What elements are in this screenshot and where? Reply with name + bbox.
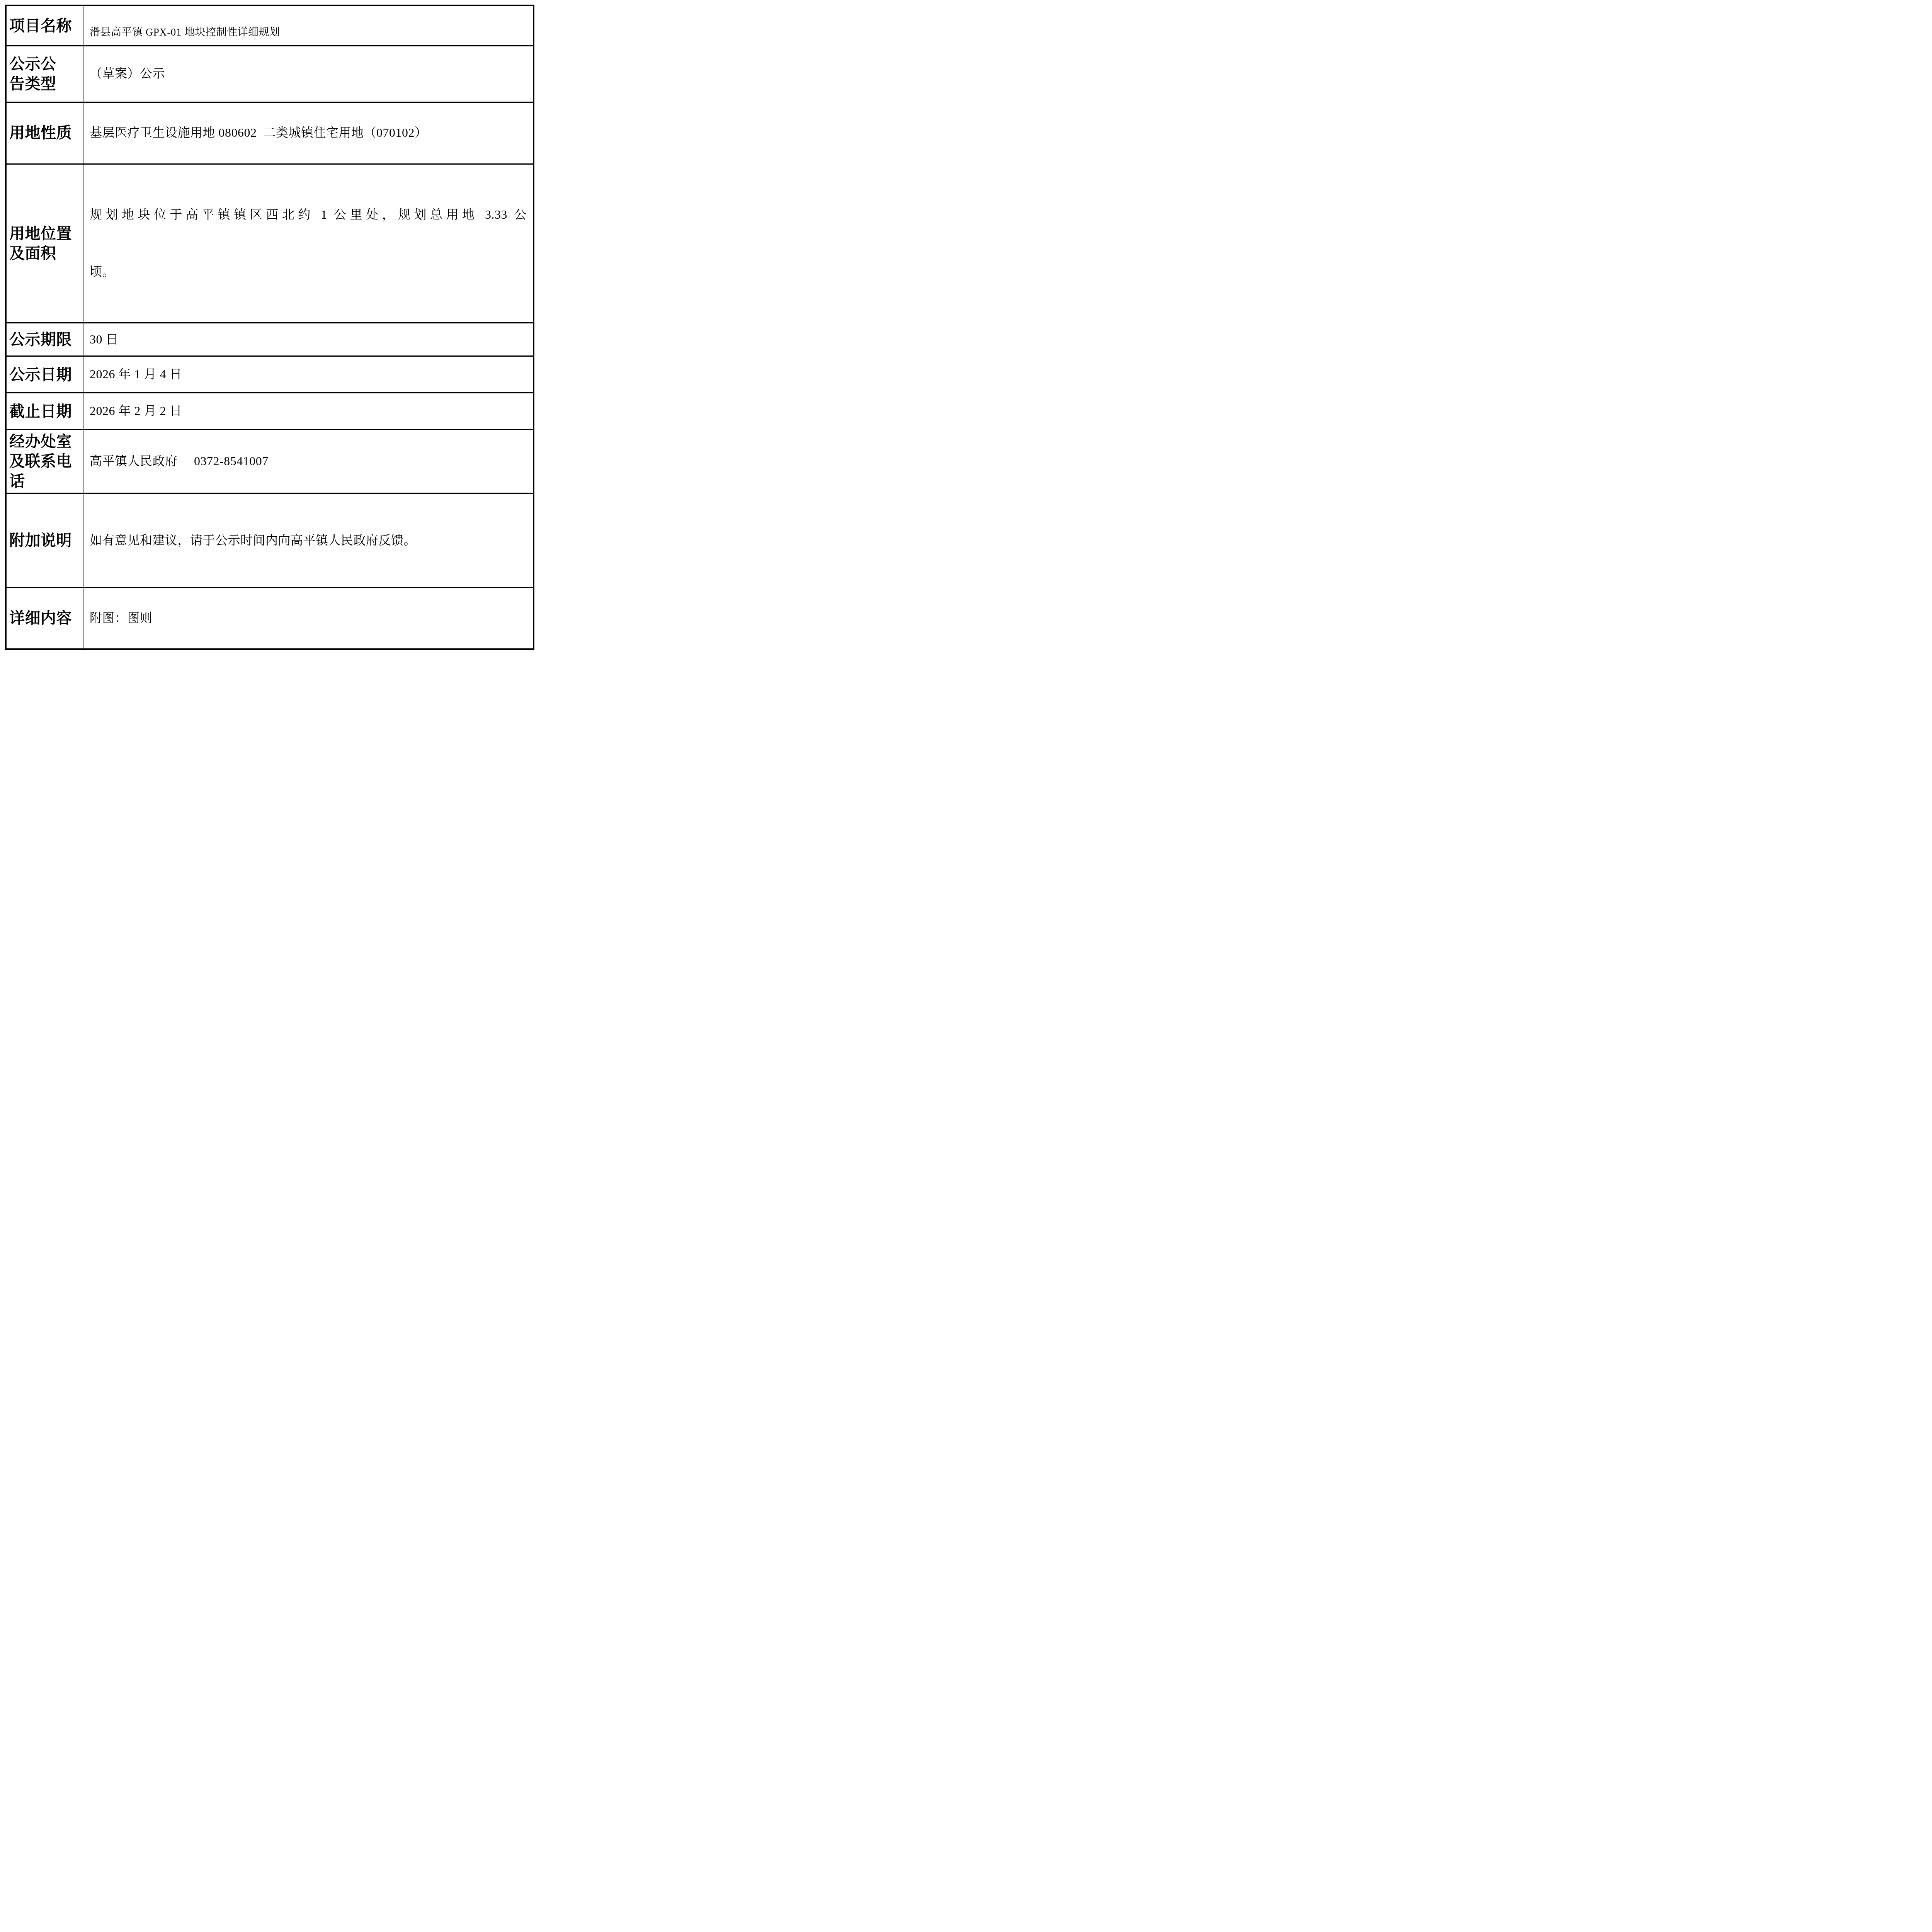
row-label-detailed-content: 详细内容 — [6, 587, 83, 649]
row-label-handling-office: 经办处室 及联系电 话 — [6, 430, 83, 493]
row-label-project-name: 项目名称 — [6, 5, 83, 46]
table-row-project-name: 项目名称 滑县高平镇 GPX-01 地块控制性详细规划 — [6, 5, 534, 46]
table-row-deadline-date: 截止日期 2026 年 2 月 2 日 — [6, 393, 534, 430]
table-row-notice-type: 公示公 告类型 （草案）公示 — [6, 46, 534, 102]
table-row-detailed-content: 详细内容 附图：图则 — [6, 587, 534, 649]
row-value-land-use-nature: 基层医疗卫生设施用地 080602 二类城镇住宅用地（070102） — [83, 102, 534, 164]
row-label-land-use-nature: 用地性质 — [6, 102, 83, 164]
row-label-deadline-date: 截止日期 — [6, 393, 83, 430]
row-value-deadline-date: 2026 年 2 月 2 日 — [83, 393, 534, 430]
row-value-detailed-content: 附图：图则 — [83, 587, 534, 649]
table-row-land-use-nature: 用地性质 基层医疗卫生设施用地 080602 二类城镇住宅用地（070102） — [6, 102, 534, 164]
row-value-notice-period: 30 日 — [83, 323, 534, 356]
table-row-additional-notes: 附加说明 如有意见和建议，请于公示时间内向高平镇人民政府反馈。 — [6, 493, 534, 587]
row-value-project-name: 滑县高平镇 GPX-01 地块控制性详细规划 — [83, 5, 534, 46]
row-label-notice-type: 公示公 告类型 — [6, 46, 83, 102]
row-label-notice-period: 公示期限 — [6, 323, 83, 356]
row-label-notice-date: 公示日期 — [6, 356, 83, 393]
row-label-additional-notes: 附加说明 — [6, 493, 83, 587]
row-value-location-area: 规划地块位于高平镇镇区西北约 1 公里处，规划总用地 3.33 公 顷。 — [83, 164, 534, 323]
row-value-notice-date: 2026 年 1 月 4 日 — [83, 356, 534, 393]
table-row-location-area: 用地位置 及面积 规划地块位于高平镇镇区西北约 1 公里处，规划总用地 3.33… — [6, 164, 534, 323]
location-area-line-2: 顷。 — [90, 262, 527, 282]
row-label-location-area: 用地位置 及面积 — [6, 164, 83, 323]
table-row-notice-period: 公示期限 30 日 — [6, 323, 534, 356]
row-value-additional-notes: 如有意见和建议，请于公示时间内向高平镇人民政府反馈。 — [83, 493, 534, 587]
row-value-handling-office: 高平镇人民政府 0372-8541007 — [83, 430, 534, 493]
table-row-handling-office: 经办处室 及联系电 话 高平镇人民政府 0372-8541007 — [6, 430, 534, 493]
location-area-line-1: 规划地块位于高平镇镇区西北约 1 公里处，规划总用地 3.33 公 — [90, 205, 527, 224]
document-page: 项目名称 滑县高平镇 GPX-01 地块控制性详细规划 公示公 告类型 （草案）… — [0, 0, 539, 588]
table-row-notice-date: 公示日期 2026 年 1 月 4 日 — [6, 356, 534, 393]
notice-table: 项目名称 滑县高平镇 GPX-01 地块控制性详细规划 公示公 告类型 （草案）… — [5, 5, 534, 650]
row-value-notice-type: （草案）公示 — [83, 46, 534, 102]
